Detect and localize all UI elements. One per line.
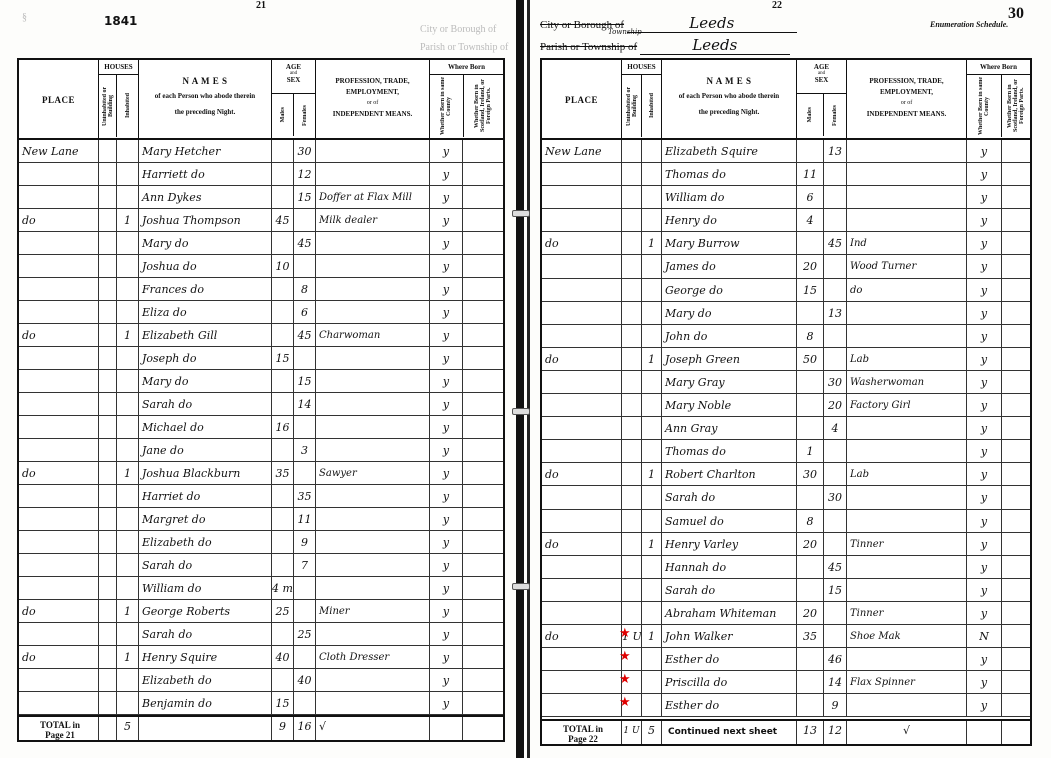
name-cell: William do — [662, 186, 797, 208]
females-age-cell: 14 — [294, 393, 316, 415]
born-same-county-cell: y — [430, 600, 463, 622]
born-same-county-cell: y — [430, 462, 463, 484]
place-cell — [542, 417, 622, 439]
name-cell: John Walker — [662, 625, 797, 647]
enumeration-schedule-label: Enumeration Schedule. — [930, 20, 1008, 29]
place-cell — [19, 232, 99, 254]
profession-cell — [847, 140, 967, 162]
born-same-county-cell: y — [967, 279, 1002, 301]
profession-cell: Lab — [847, 348, 967, 370]
table-row: do1Elizabeth Gill45Charwomany — [19, 324, 503, 347]
born-same-county-cell: y — [967, 463, 1002, 485]
red-star-icon: ★ — [619, 694, 631, 710]
males-age-cell: 15 — [272, 692, 294, 714]
profession-cell — [847, 325, 967, 347]
binding-clip — [512, 583, 530, 590]
table-row: William do4 mthy — [19, 577, 503, 600]
uninhabited-cell — [622, 255, 642, 277]
right-total-row: TOTAL inPage 22 1 U 5 Continued next she… — [542, 719, 1030, 744]
profession-cell — [316, 416, 430, 438]
born-same-county-cell: y — [430, 554, 463, 576]
name-cell: William do — [139, 577, 272, 599]
place-cell — [19, 669, 99, 691]
uninhabited-cell — [99, 531, 117, 553]
table-row: Frances do8y — [19, 278, 503, 301]
males-age-cell — [797, 394, 824, 416]
born-foreign-cell — [1002, 671, 1030, 693]
born-same-county-cell: y — [430, 393, 463, 415]
profession-cell — [847, 186, 967, 208]
table-row: Joshua do10y — [19, 255, 503, 278]
males-age-cell: 11 — [797, 163, 824, 185]
uninhabited-cell — [99, 324, 117, 346]
header-born-foreign: Whether Born in Scotland, Ireland, or Fo… — [1002, 75, 1030, 137]
uninhabited-cell — [622, 140, 642, 162]
males-age-cell: 8 — [797, 510, 824, 532]
born-same-county-cell: y — [967, 648, 1002, 670]
females-age-cell — [294, 462, 316, 484]
born-foreign-cell — [463, 416, 503, 438]
total-born — [430, 717, 463, 740]
females-age-cell: 13 — [824, 140, 847, 162]
uninhabited-cell — [622, 302, 642, 324]
uninhabited-cell — [99, 669, 117, 691]
born-foreign-cell — [1002, 302, 1030, 324]
name-cell: Priscilla do — [662, 671, 797, 693]
males-age-cell — [272, 163, 294, 185]
profession-cell — [316, 301, 430, 323]
born-foreign-cell — [463, 669, 503, 691]
place-cell — [542, 279, 622, 301]
total-females: 16 — [294, 717, 316, 740]
name-cell: Sarah do — [139, 554, 272, 576]
profession-cell — [316, 255, 430, 277]
binding-clip — [512, 408, 530, 415]
born-same-county-cell: y — [430, 324, 463, 346]
table-row: Harriett do12y — [19, 163, 503, 186]
males-age-cell — [272, 531, 294, 553]
males-age-cell — [797, 232, 824, 254]
born-same-county-cell: y — [430, 186, 463, 208]
females-age-cell — [824, 625, 847, 647]
place-cell — [542, 486, 622, 508]
inhabited-cell — [117, 255, 139, 277]
name-cell: Joshua do — [139, 255, 272, 277]
inhabited-cell — [117, 692, 139, 714]
profession-cell: Tinner — [847, 533, 967, 555]
born-foreign-cell — [463, 646, 503, 668]
inhabited-cell: 1 — [117, 600, 139, 622]
females-age-cell: 45 — [294, 232, 316, 254]
born-foreign-cell — [463, 324, 503, 346]
profession-cell — [847, 486, 967, 508]
place-cell: do — [542, 533, 622, 555]
place-cell — [19, 370, 99, 392]
born-same-county-cell: y — [430, 255, 463, 277]
place-cell — [542, 163, 622, 185]
uninhabited-cell — [99, 600, 117, 622]
born-same-county-cell: y — [430, 577, 463, 599]
name-cell: Harriett do — [139, 163, 272, 185]
born-same-county-cell: y — [967, 255, 1002, 277]
table-row: Thomas do11y — [542, 163, 1030, 186]
profession-cell — [316, 531, 430, 553]
born-same-county-cell: y — [967, 486, 1002, 508]
inhabited-cell: 1 — [642, 232, 662, 254]
total-inhabited: 5 — [642, 721, 662, 744]
males-age-cell: 6 — [797, 186, 824, 208]
uninhabited-cell — [99, 462, 117, 484]
table-row: Ann Dykes15Doffer at Flax Milly — [19, 186, 503, 209]
place-cell — [542, 255, 622, 277]
profession-cell: do — [847, 279, 967, 301]
females-age-cell: 35 — [294, 485, 316, 507]
inhabited-cell — [117, 186, 139, 208]
born-foreign-cell — [1002, 625, 1030, 647]
inhabited-cell — [117, 623, 139, 645]
females-age-cell — [824, 209, 847, 231]
males-age-cell — [272, 278, 294, 300]
header-houses: HOUSES Uninhabited or Building Inhabited — [99, 60, 139, 138]
place-cell — [19, 508, 99, 530]
uninhabited-cell — [99, 163, 117, 185]
males-age-cell — [797, 140, 824, 162]
header-place: PLACE — [542, 60, 622, 138]
inhabited-cell — [117, 278, 139, 300]
name-cell: Esther do — [662, 648, 797, 670]
header-houses: HOUSES Uninhabited or Building Inhabited — [622, 60, 662, 138]
males-age-cell — [272, 508, 294, 530]
born-foreign-cell — [1002, 394, 1030, 416]
females-age-cell — [294, 209, 316, 231]
inhabited-cell — [117, 140, 139, 162]
females-age-cell: 8 — [294, 278, 316, 300]
profession-cell: Sawyer — [316, 462, 430, 484]
borough-value: Leeds — [627, 14, 797, 33]
inhabited-cell — [642, 163, 662, 185]
borough-line: City or Borough of Leeds — [540, 14, 797, 33]
born-same-county-cell: y — [967, 417, 1002, 439]
inhabited-cell: 1 — [117, 324, 139, 346]
born-same-county-cell: y — [430, 669, 463, 691]
name-cell: Jane do — [139, 439, 272, 461]
born-same-county-cell: y — [967, 394, 1002, 416]
profession-cell — [316, 163, 430, 185]
uninhabited-cell — [99, 393, 117, 415]
born-same-county-cell: y — [967, 579, 1002, 601]
uninhabited-cell — [622, 533, 642, 555]
table-row: Mary do15y — [19, 370, 503, 393]
table-row: John do8y — [542, 325, 1030, 348]
uninhabited-cell — [622, 279, 642, 301]
males-age-cell: 35 — [272, 462, 294, 484]
profession-cell — [847, 556, 967, 578]
females-age-cell: 15 — [294, 370, 316, 392]
right-page-number: 22 — [772, 0, 782, 11]
uninhabited-cell — [99, 255, 117, 277]
inhabited-cell — [642, 556, 662, 578]
parish-line: Parish or Township of Leeds — [540, 36, 790, 55]
born-same-county-cell: y — [430, 692, 463, 714]
name-cell: Mary Burrow — [662, 232, 797, 254]
place-cell — [542, 694, 622, 716]
name-cell: Samuel do — [662, 510, 797, 532]
profession-cell: Lab — [847, 463, 967, 485]
uninhabited-cell — [99, 554, 117, 576]
born-foreign-cell — [463, 531, 503, 553]
uninhabited-cell — [622, 394, 642, 416]
table-row: Margret do11y — [19, 508, 503, 531]
place-cell — [19, 163, 99, 185]
born-same-county-cell: y — [967, 348, 1002, 370]
females-age-cell: 25 — [294, 623, 316, 645]
table-row: Mary Noble20Factory Girly — [542, 394, 1030, 417]
females-age-cell: 11 — [294, 508, 316, 530]
place-cell — [542, 209, 622, 231]
place-cell — [19, 347, 99, 369]
table-row: Sarah do7y — [19, 554, 503, 577]
place-cell: New Lane — [19, 140, 99, 162]
red-star-icon: ★ — [619, 625, 631, 641]
born-foreign-cell — [1002, 232, 1030, 254]
uninhabited-cell — [622, 325, 642, 347]
name-cell: Sarah do — [662, 579, 797, 601]
born-same-county-cell: y — [430, 232, 463, 254]
header-profession: PROFESSION, TRADE, EMPLOYMENT, or of IND… — [316, 60, 430, 138]
born-same-county-cell: y — [430, 370, 463, 392]
inhabited-cell — [642, 371, 662, 393]
name-cell: Michael do — [139, 416, 272, 438]
header-females: Females — [824, 94, 846, 136]
table-row: Mary do13y — [542, 302, 1030, 325]
table-row: Mary Gray30Washerwomany — [542, 371, 1030, 394]
total-names: Continued next sheet — [662, 721, 797, 744]
born-foreign-cell — [463, 600, 503, 622]
schedule-number: 30 — [1008, 5, 1024, 23]
uninhabited-cell — [99, 646, 117, 668]
name-cell: Ann Gray — [662, 417, 797, 439]
inhabited-cell: 1 — [642, 625, 662, 647]
born-foreign-cell — [1002, 694, 1030, 716]
header-profession: PROFESSION, TRADE, EMPLOYMENT, or of IND… — [847, 60, 967, 138]
males-age-cell: 4 — [797, 209, 824, 231]
females-age-cell: 15 — [294, 186, 316, 208]
uninhabited-cell — [99, 485, 117, 507]
place-cell: do — [542, 463, 622, 485]
header-where-born: Where Born Whether Born in same County W… — [967, 60, 1030, 138]
born-same-county-cell: y — [967, 140, 1002, 162]
born-foreign-cell — [463, 554, 503, 576]
left-header-faint-2: Parish or Township of — [420, 42, 508, 53]
inhabited-cell — [117, 416, 139, 438]
born-same-county-cell: y — [967, 694, 1002, 716]
profession-cell — [847, 694, 967, 716]
inhabited-cell — [642, 486, 662, 508]
profession-cell — [316, 669, 430, 691]
males-age-cell: 1 — [797, 440, 824, 462]
inhabited-cell: 1 — [642, 463, 662, 485]
inhabited-cell — [642, 325, 662, 347]
inhabited-cell — [642, 648, 662, 670]
total-males: 9 — [272, 717, 294, 740]
males-age-cell — [272, 393, 294, 415]
born-same-county-cell: y — [967, 302, 1002, 324]
uninhabited-cell — [99, 508, 117, 530]
name-cell: George Roberts — [139, 600, 272, 622]
red-star-icon: ★ — [619, 648, 631, 664]
right-census-table: PLACE HOUSES Uninhabited or Building Inh… — [540, 58, 1032, 746]
place-cell — [19, 393, 99, 415]
born-same-county-cell: y — [430, 416, 463, 438]
place-cell — [19, 186, 99, 208]
table-row: Henry do4y — [542, 209, 1030, 232]
females-age-cell: 13 — [824, 302, 847, 324]
males-age-cell — [797, 648, 824, 670]
females-age-cell: 30 — [294, 140, 316, 162]
born-foreign-cell — [463, 577, 503, 599]
census-year: 1841 — [104, 14, 137, 28]
place-cell — [19, 554, 99, 576]
profession-cell — [316, 508, 430, 530]
header-where-born: Where Born Whether Born in same County W… — [430, 60, 503, 138]
born-same-county-cell: y — [967, 533, 1002, 555]
total-profession-check: √ — [847, 721, 967, 744]
table-row: do1Henry Squire40Cloth Dressery — [19, 646, 503, 669]
name-cell: John do — [662, 325, 797, 347]
born-foreign-cell — [1002, 486, 1030, 508]
born-foreign-cell — [463, 301, 503, 323]
born-foreign-cell — [1002, 556, 1030, 578]
name-cell: Joshua Thompson — [139, 209, 272, 231]
inhabited-cell — [642, 694, 662, 716]
profession-cell — [316, 439, 430, 461]
profession-cell — [847, 302, 967, 324]
table-row: do1Henry Varley20Tinnery — [542, 533, 1030, 556]
name-cell: Abraham Whiteman — [662, 602, 797, 624]
inhabited-cell: 1 — [642, 533, 662, 555]
males-age-cell: 35 — [797, 625, 824, 647]
table-row: do1Mary Burrow45Indy — [542, 232, 1030, 255]
females-age-cell — [294, 692, 316, 714]
place-cell — [19, 692, 99, 714]
females-age-cell: 45 — [294, 324, 316, 346]
females-age-cell: 9 — [294, 531, 316, 553]
place-cell — [542, 371, 622, 393]
born-foreign-cell — [463, 140, 503, 162]
males-age-cell: 20 — [797, 602, 824, 624]
profession-cell: Wood Turner — [847, 255, 967, 277]
uninhabited-cell — [622, 186, 642, 208]
born-same-county-cell: y — [967, 186, 1002, 208]
table-row: do1Joshua Thompson45Milk dealery — [19, 209, 503, 232]
born-foreign-cell — [1002, 648, 1030, 670]
name-cell: Elizabeth Gill — [139, 324, 272, 346]
header-males: Males — [272, 94, 294, 136]
place-cell: do — [19, 600, 99, 622]
born-foreign-cell — [463, 186, 503, 208]
females-age-cell: 30 — [824, 486, 847, 508]
males-age-cell — [272, 669, 294, 691]
males-age-cell: 15 — [797, 279, 824, 301]
name-cell: Joseph Green — [662, 348, 797, 370]
name-cell: Robert Charlton — [662, 463, 797, 485]
males-age-cell: 40 — [272, 646, 294, 668]
born-same-county-cell: y — [430, 439, 463, 461]
females-age-cell — [824, 186, 847, 208]
inhabited-cell — [117, 370, 139, 392]
profession-cell: Tinner — [847, 602, 967, 624]
born-same-county-cell: y — [967, 163, 1002, 185]
header-born-same-county: Whether Born in same County — [967, 75, 1002, 137]
profession-cell — [316, 692, 430, 714]
born-same-county-cell: y — [967, 440, 1002, 462]
males-age-cell: 30 — [797, 463, 824, 485]
profession-cell — [316, 347, 430, 369]
males-age-cell — [797, 694, 824, 716]
uninhabited-cell — [99, 301, 117, 323]
inhabited-cell: 1 — [117, 646, 139, 668]
name-cell: Henry Varley — [662, 533, 797, 555]
inhabited-cell — [117, 163, 139, 185]
red-star-icon: ★ — [619, 671, 631, 687]
females-age-cell: 20 — [824, 394, 847, 416]
born-foreign-cell — [1002, 163, 1030, 185]
place-cell — [19, 439, 99, 461]
header-inhabited: Inhabited — [642, 75, 661, 137]
born-foreign-cell — [463, 347, 503, 369]
uninhabited-cell — [622, 463, 642, 485]
uninhabited-cell — [622, 163, 642, 185]
inhabited-cell — [642, 602, 662, 624]
place-cell — [19, 485, 99, 507]
table-row: Hannah do45y — [542, 556, 1030, 579]
females-age-cell: 45 — [824, 232, 847, 254]
place-cell: New Lane — [542, 140, 622, 162]
name-cell: Mary do — [662, 302, 797, 324]
profession-cell: Doffer at Flax Mill — [316, 186, 430, 208]
right-table-header: PLACE HOUSES Uninhabited or Building Inh… — [542, 60, 1030, 140]
place-cell — [19, 416, 99, 438]
females-age-cell — [824, 279, 847, 301]
place-cell — [542, 302, 622, 324]
females-age-cell — [294, 255, 316, 277]
header-inhabited: Inhabited — [117, 75, 138, 137]
name-cell: Thomas do — [662, 440, 797, 462]
profession-cell — [847, 417, 967, 439]
table-row: Harriet do35y — [19, 485, 503, 508]
females-age-cell: 7 — [294, 554, 316, 576]
born-foreign-cell — [463, 485, 503, 507]
place-cell — [542, 186, 622, 208]
place-cell — [19, 278, 99, 300]
males-age-cell — [797, 556, 824, 578]
table-row: Eliza do6y — [19, 301, 503, 324]
born-foreign-cell — [1002, 140, 1030, 162]
table-row: Elizabeth do9y — [19, 531, 503, 554]
table-row: do1Joshua Blackburn35Sawyery — [19, 462, 503, 485]
born-foreign-cell — [1002, 463, 1030, 485]
place-cell — [542, 602, 622, 624]
place-cell — [542, 510, 622, 532]
inhabited-cell — [642, 255, 662, 277]
total-females: 12 — [824, 721, 847, 744]
born-foreign-cell — [1002, 533, 1030, 555]
name-cell: Henry do — [662, 209, 797, 231]
table-row: Samuel do8y — [542, 510, 1030, 533]
place-cell: do — [542, 348, 622, 370]
inhabited-cell — [642, 417, 662, 439]
females-age-cell: 12 — [294, 163, 316, 185]
